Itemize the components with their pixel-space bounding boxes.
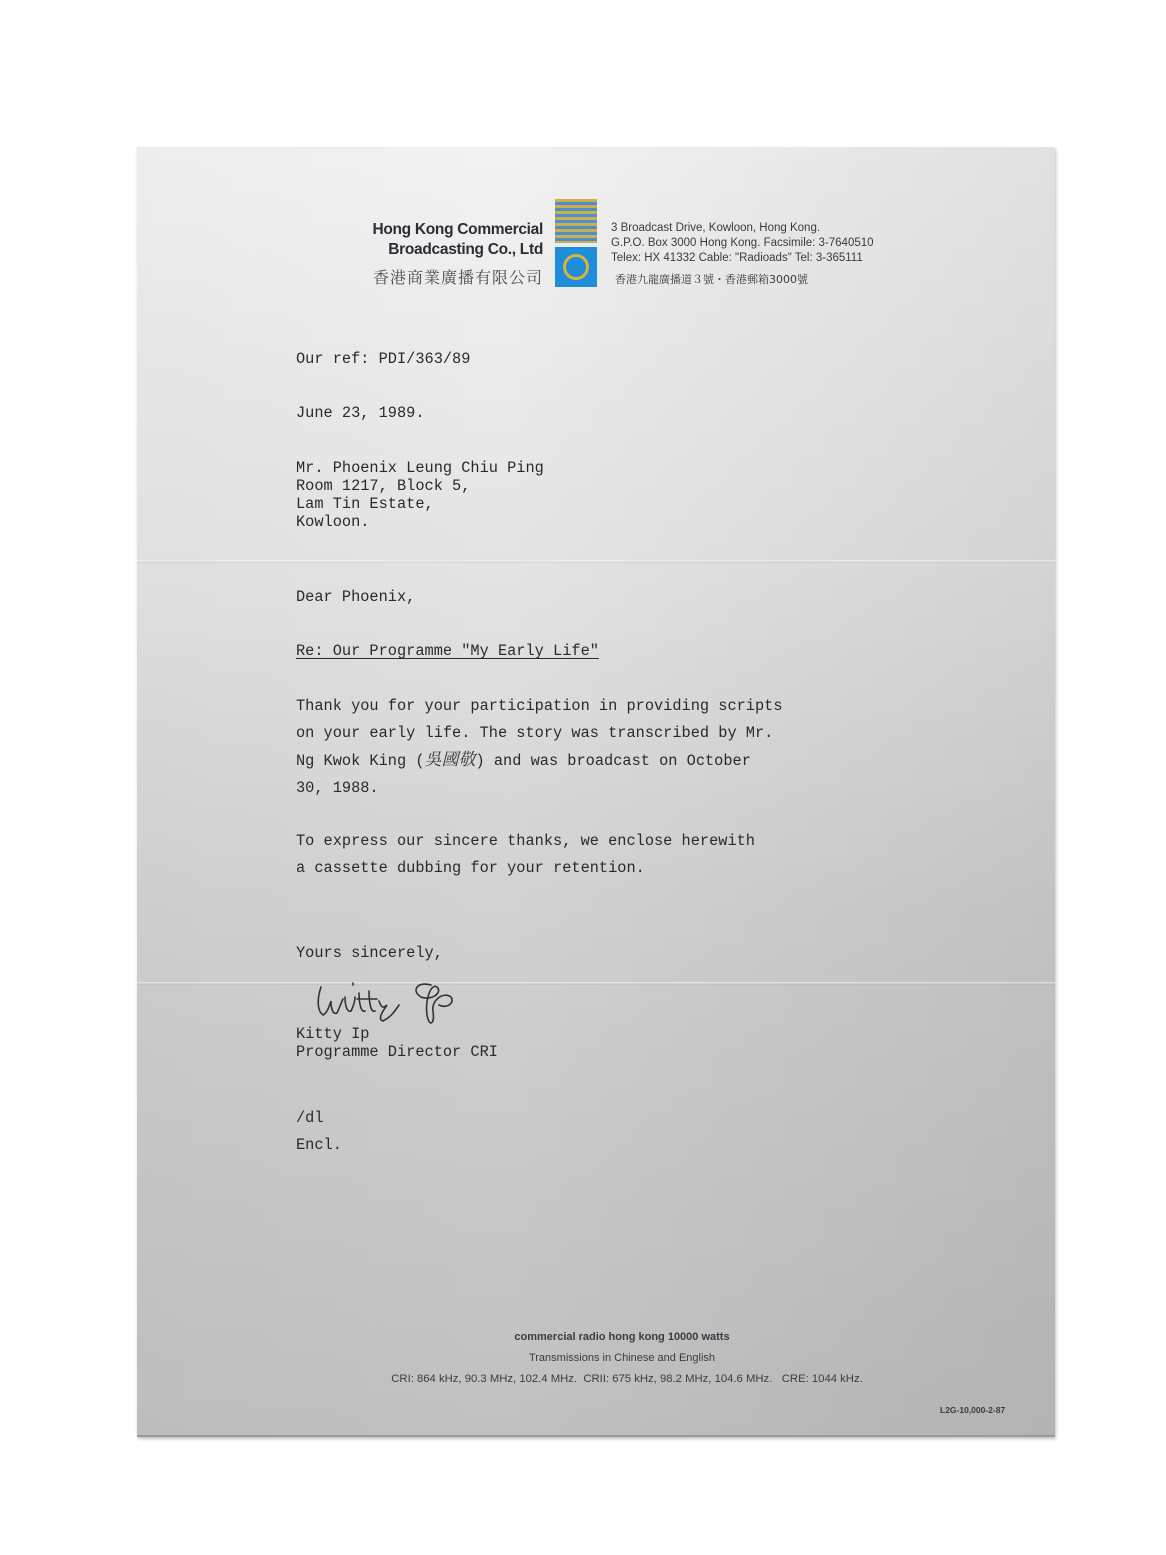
address-line: 3 Broadcast Drive, Kowloon, Hong Kong. <box>611 221 874 236</box>
signatory-name: Kitty Ip <box>296 1025 498 1043</box>
letter-date: June 23, 1989. <box>296 404 425 422</box>
paragraph-line: a cassette dubbing for your retention. <box>296 855 755 882</box>
letter-paper: Hong Kong Commercial Broadcasting Co., L… <box>137 147 1055 1437</box>
company-name-chinese: 香港商業廣播有限公司 <box>337 265 543 288</box>
footer-frequencies: CRI: 864 kHz, 90.3 MHz, 102.4 MHz. CRII:… <box>247 1373 1007 1385</box>
handwritten-chinese-name: 吳國敬 <box>425 750 476 770</box>
fold-crease <box>137 560 1055 563</box>
print-code: L2G-10,000-2-87 <box>940 1405 1005 1415</box>
typist-initials: /dl <box>296 1109 324 1127</box>
signatory-title: Programme Director CRI <box>296 1043 498 1061</box>
paragraph-2: To express our sincere thanks, we enclos… <box>296 828 755 882</box>
paragraph-line: on your early life. The story was transc… <box>296 720 783 747</box>
paragraph-line: Thank you for your participation in prov… <box>296 693 783 720</box>
logo-cr-ring-icon <box>563 254 589 280</box>
address-line: Telex: HX 41332 Cable: "Radioads" Tel: 3… <box>611 251 874 266</box>
recipient-line: Kowloon. <box>296 513 544 531</box>
company-name: Hong Kong Commercial Broadcasting Co., L… <box>317 220 543 260</box>
recipient-line: Room 1217, Block 5, <box>296 477 544 495</box>
closing: Yours sincerely, <box>296 944 443 962</box>
recipient-line: Lam Tin Estate, <box>296 495 544 513</box>
text-run: ) and was broadcast on October <box>476 752 751 770</box>
recipient-address: Mr. Phoenix Leung Chiu PingRoom 1217, Bl… <box>296 459 544 531</box>
paragraph-line: 30, 1988. <box>296 775 783 802</box>
enclosure-note: Encl. <box>296 1136 342 1154</box>
logo-chinese-glyphs <box>555 199 597 243</box>
address-line: G.P.O. Box 3000 Hong Kong. Facsimile: 3-… <box>611 236 874 251</box>
paragraph-line: To express our sincere thanks, we enclos… <box>296 828 755 855</box>
footer-station-name: commercial radio hong kong 10000 watts <box>297 1331 947 1343</box>
reference-number: Our ref: PDI/363/89 <box>296 350 470 368</box>
footer-transmissions: Transmissions in Chinese and English <box>297 1352 947 1364</box>
company-name-line2: Broadcasting Co., Ltd <box>317 240 543 260</box>
subject-line: Re: Our Programme "My Early Life" <box>296 642 599 660</box>
letterhead-address: 3 Broadcast Drive, Kowloon, Hong Kong.G.… <box>611 221 874 266</box>
letterhead-address-chinese: 香港九龍廣播道３號・香港郵箱3000號 <box>615 271 808 287</box>
commercial-radio-logo-icon <box>555 199 597 287</box>
fold-crease <box>137 982 1055 985</box>
paragraph-1: Thank you for your participation in prov… <box>296 693 783 802</box>
recipient-line: Mr. Phoenix Leung Chiu Ping <box>296 459 544 477</box>
company-name-line1: Hong Kong Commercial <box>317 220 543 240</box>
text-run: Ng Kwok King ( <box>296 752 425 770</box>
salutation: Dear Phoenix, <box>296 588 415 606</box>
signatory: Kitty IpProgramme Director CRI <box>296 1025 498 1061</box>
paragraph-line: Ng Kwok King (吳國敬) and was broadcast on … <box>296 747 783 775</box>
signature-icon <box>313 979 483 1029</box>
